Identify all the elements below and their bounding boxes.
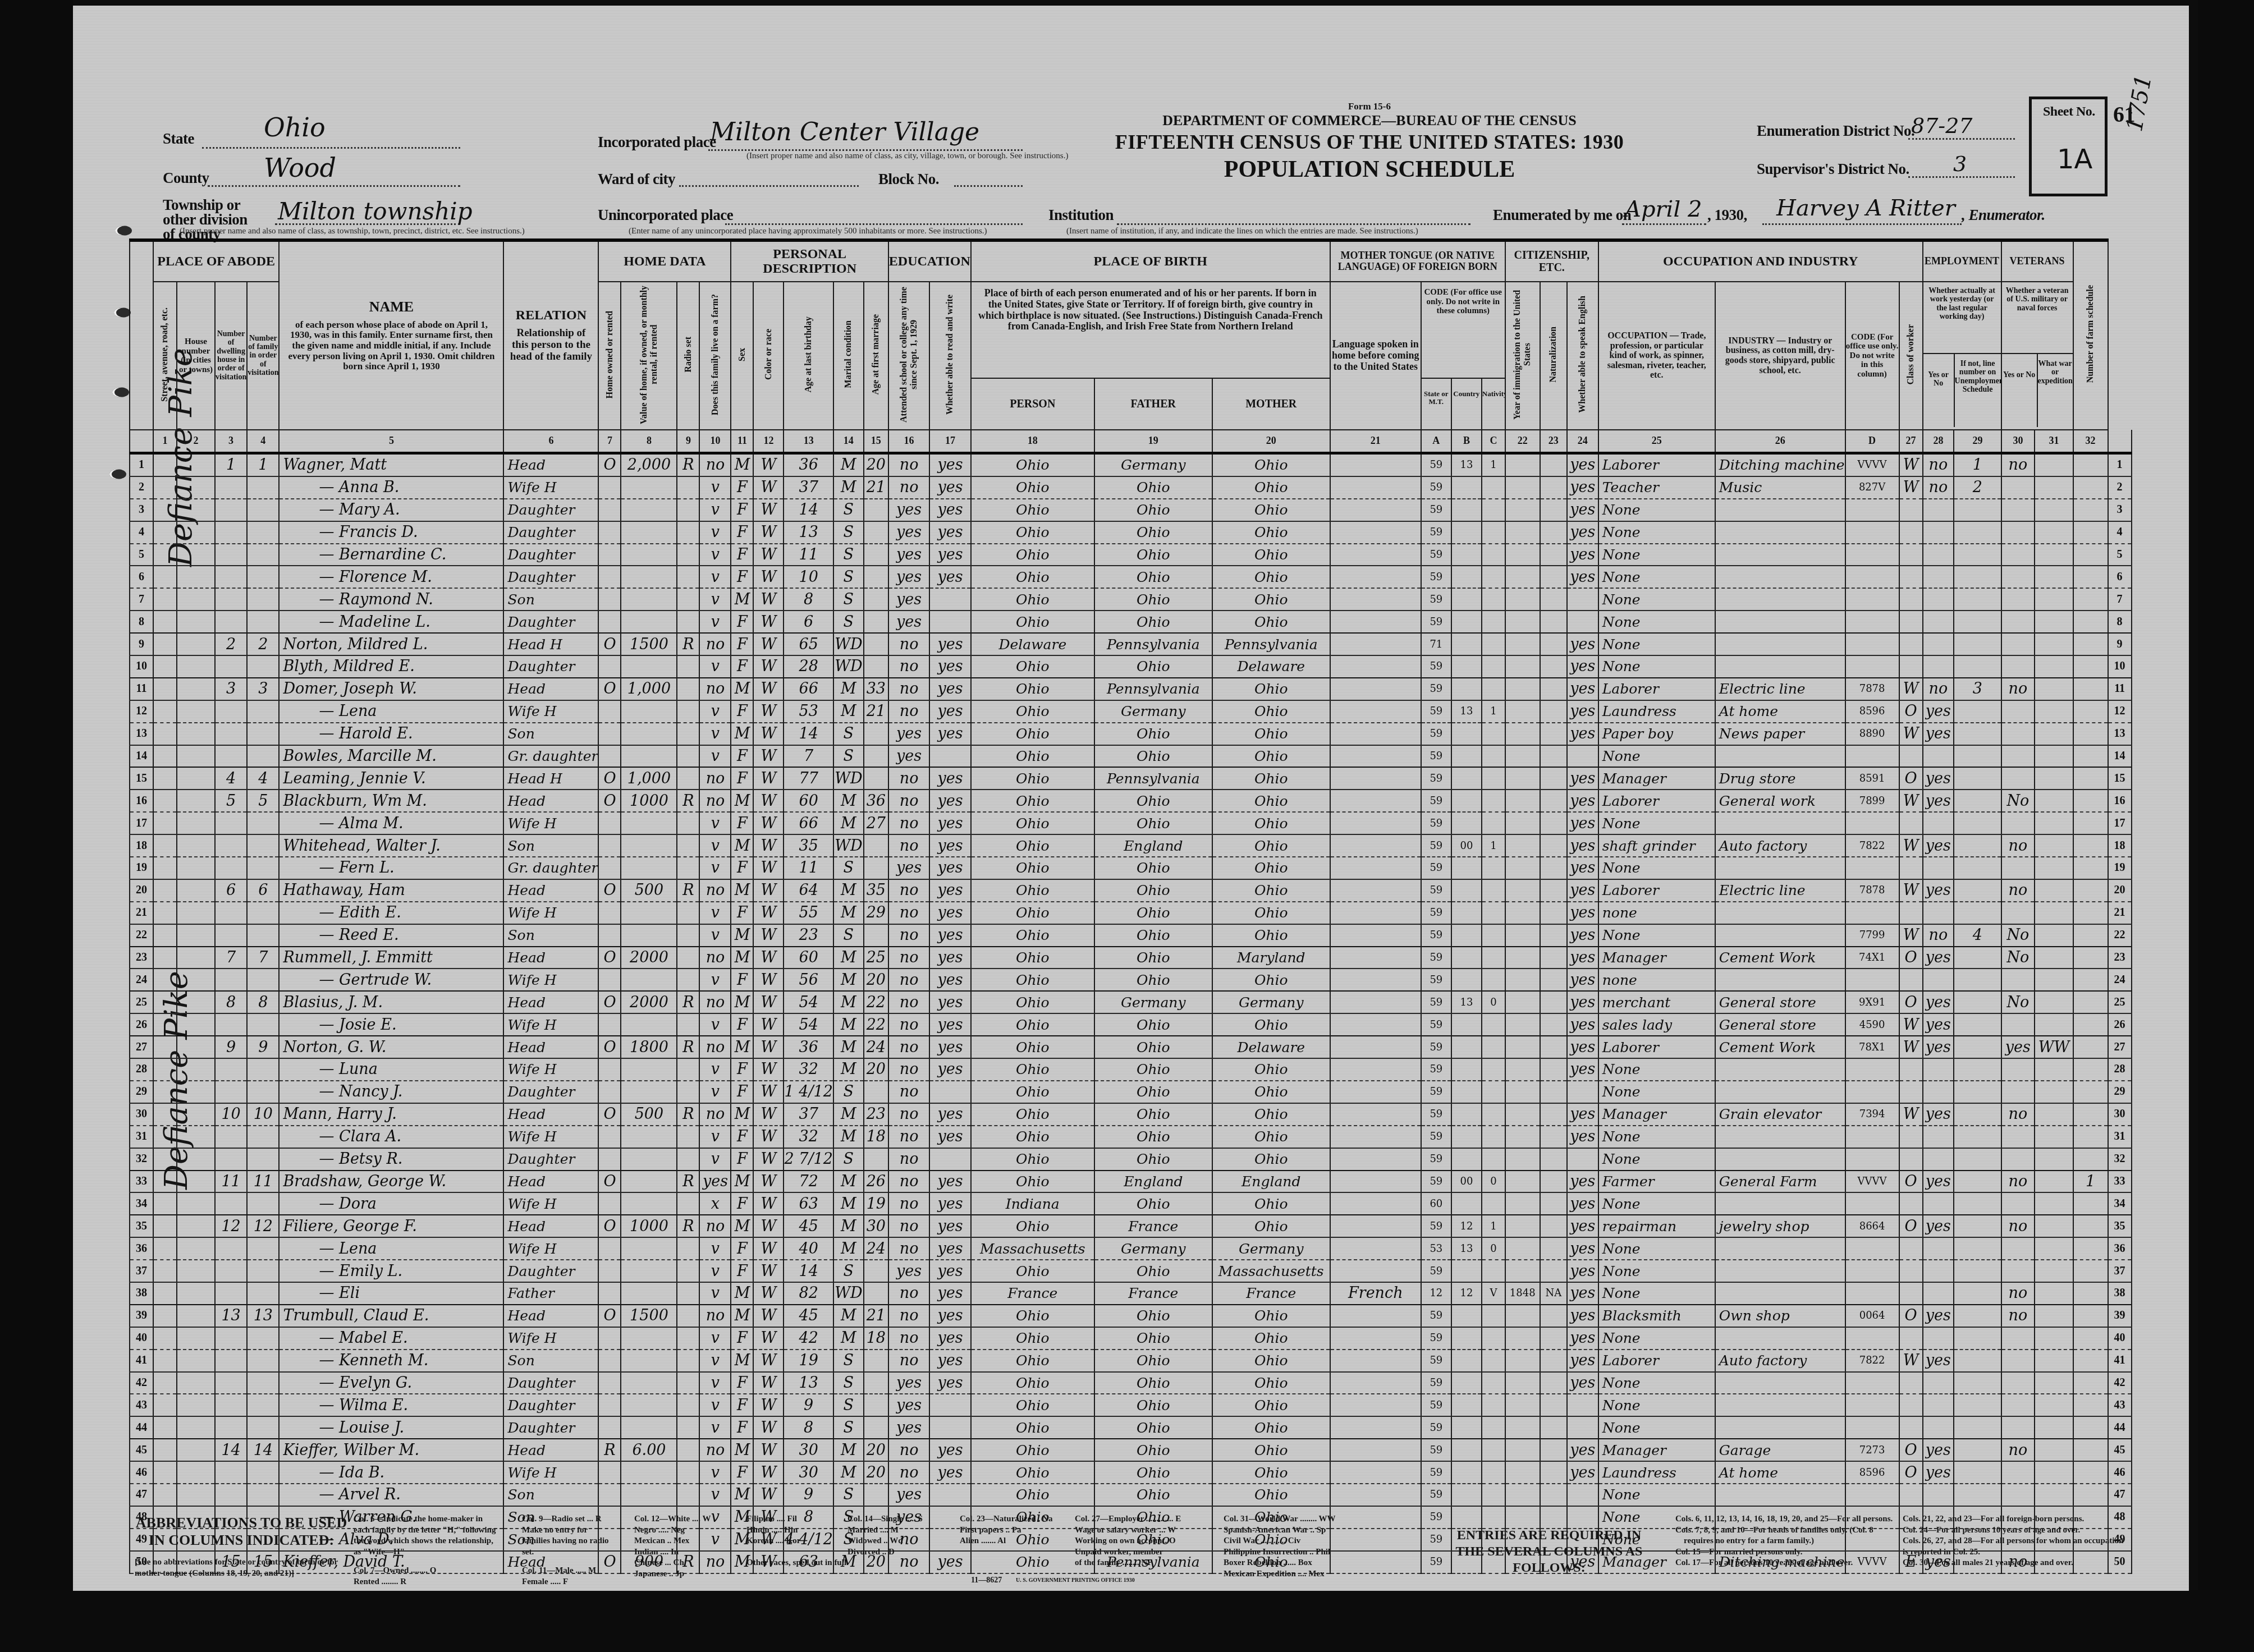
code-state-cell: 59 — [1421, 655, 1451, 678]
street-cell — [153, 969, 177, 991]
class-of-worker-cell — [1899, 588, 1923, 611]
street-cell — [153, 857, 177, 879]
home-value-cell — [621, 902, 677, 924]
home-value-cell — [621, 1013, 677, 1036]
industry-cell: General Farm — [1715, 1171, 1845, 1193]
naturalization-cell — [1540, 1416, 1567, 1439]
read-write-cell: yes — [929, 1551, 970, 1573]
age-first-marriage-cell: 23 — [864, 1103, 888, 1126]
relation-cell: Daughter — [503, 499, 598, 521]
occupation-code-cell — [1845, 1081, 1899, 1103]
person-name-cell: — Harold E. — [279, 723, 503, 745]
table-row: 36— LenaWife HvFW40M24noyesMassachusetts… — [130, 1237, 2132, 1260]
house-number-cell — [177, 544, 215, 566]
code-nativity-cell — [1482, 902, 1505, 924]
unemployment-line-cell — [1954, 700, 2001, 723]
column-number: 27 — [1899, 430, 1923, 453]
immigration-year-cell — [1505, 476, 1540, 499]
radio-cell — [677, 1126, 699, 1148]
farm-cell: no — [699, 1305, 731, 1327]
at-work-cell: yes — [1923, 1013, 1954, 1036]
veteran-cell: no — [2001, 453, 2035, 476]
sd-value[interactable]: 3 — [1953, 152, 1967, 176]
enumerated-date[interactable]: April 2 — [1625, 196, 1702, 222]
occupation-cell: None — [1598, 1416, 1715, 1439]
code-nativity-cell — [1482, 1506, 1505, 1529]
veteran-cell — [2001, 633, 2035, 655]
code-state-cell: 59 — [1421, 1506, 1451, 1529]
occupation-cell: Manager — [1598, 1103, 1715, 1126]
home-value-cell — [621, 1282, 677, 1305]
house-number-cell — [177, 1171, 215, 1193]
unemployment-line-cell — [1954, 521, 2001, 544]
street-cell — [153, 453, 177, 476]
war-cell — [2035, 790, 2073, 812]
age-cell: 11 — [784, 857, 833, 879]
marital-status-cell: M — [833, 812, 864, 834]
age-first-marriage-cell: 25 — [864, 947, 888, 969]
veteran-cell — [2001, 857, 2035, 879]
incorporated-value[interactable]: Milton Center Village — [710, 118, 979, 146]
home-tenure-cell — [598, 1148, 621, 1171]
father-birthplace-cell: England — [1094, 834, 1212, 857]
occupation-code-cell — [1845, 1484, 1899, 1506]
mother-tongue-cell — [1330, 588, 1421, 611]
sex-cell: F — [731, 1327, 753, 1350]
marital-status-cell: S — [833, 544, 864, 566]
at-work-cell — [1923, 1192, 1954, 1215]
dwelling-number-cell — [215, 1148, 247, 1171]
street-cell — [153, 924, 177, 947]
street-cell — [153, 1036, 177, 1058]
veteran-cell — [2001, 1013, 2035, 1036]
group-veterans: VETERANS — [2001, 240, 2073, 282]
line-number: 34 — [2108, 1192, 2132, 1215]
school-cell: no — [888, 947, 929, 969]
state-value[interactable]: Ohio — [264, 112, 326, 143]
read-write-cell: yes — [929, 678, 970, 700]
class-of-worker-cell — [1899, 1126, 1923, 1148]
home-tenure-cell — [598, 499, 621, 521]
street-cell — [153, 633, 177, 655]
home-value-cell — [621, 566, 677, 588]
line-number: 20 — [2108, 879, 2132, 902]
farm-cell: v — [699, 1148, 731, 1171]
farm-schedule-cell — [2073, 1215, 2108, 1237]
father-birthplace-cell: Ohio — [1094, 1036, 1212, 1058]
scan-border-left — [0, 0, 73, 1652]
unemployment-line-cell — [1954, 790, 2001, 812]
birthplace-cell: Ohio — [971, 723, 1094, 745]
line-number: 40 — [2108, 1327, 2132, 1350]
industry-cell — [1715, 566, 1845, 588]
family-number-cell — [247, 1484, 279, 1506]
age-cell: 82 — [784, 1282, 833, 1305]
line-number: 33 — [2108, 1171, 2132, 1193]
immigration-year-cell — [1505, 1192, 1540, 1215]
at-work-cell — [1923, 969, 1954, 991]
printer-note: U. S. GOVERNMENT PRINTING OFFICE 1930 — [1016, 1577, 1135, 1584]
dwelling-number-cell — [215, 700, 247, 723]
age-first-marriage-cell — [864, 1372, 888, 1394]
school-cell: no — [888, 1215, 929, 1237]
person-name-cell: — Clara A. — [279, 1126, 503, 1148]
home-value-cell: 6.00 — [621, 1439, 677, 1461]
birthplace-cell: Ohio — [971, 1327, 1094, 1350]
marital-status-cell: M — [833, 1103, 864, 1126]
code-country-cell — [1451, 655, 1482, 678]
column-number: 5 — [279, 430, 503, 453]
dwelling-number-cell — [215, 1372, 247, 1394]
code-state-cell: 59 — [1421, 902, 1451, 924]
school-cell: no — [888, 1439, 929, 1461]
class-of-worker-cell: O — [1899, 1305, 1923, 1327]
mother-tongue-cell — [1330, 1058, 1421, 1081]
code-nativity-cell — [1482, 588, 1505, 611]
sex-cell: M — [731, 1171, 753, 1193]
unemployment-line-cell — [1954, 1058, 2001, 1081]
speaks-english-cell: yes — [1567, 1192, 1598, 1215]
code-state-cell: 59 — [1421, 566, 1451, 588]
school-cell: no — [888, 700, 929, 723]
read-write-cell: yes — [929, 655, 970, 678]
code-state-cell: 59 — [1421, 1103, 1451, 1126]
table-row: 2588Blasius, J. M.HeadO2000RnoMW54M22noy… — [130, 991, 2132, 1013]
speaks-english-cell — [1567, 1394, 1598, 1416]
school-cell: no — [888, 1103, 929, 1126]
dwelling-number-cell — [215, 1461, 247, 1484]
immigration-year-cell — [1505, 678, 1540, 700]
mother-tongue-cell — [1330, 1237, 1421, 1260]
line-number: 47 — [2108, 1484, 2132, 1506]
occupation-code-cell: 78X1 — [1845, 1036, 1899, 1058]
occupation-cell: Laborer — [1598, 453, 1715, 476]
relation-cell: Son — [503, 834, 598, 857]
dwelling-number-cell — [215, 611, 247, 633]
sex-cell: F — [731, 476, 753, 499]
street-cell — [153, 723, 177, 745]
relation-cell: Wife H — [503, 902, 598, 924]
street-cell — [153, 544, 177, 566]
dwelling-number-cell — [215, 655, 247, 678]
abbrev-col11: Col. 11—Male ..... M Female ..... F — [522, 1566, 596, 1587]
immigration-year-cell — [1505, 969, 1540, 991]
radio-cell: R — [677, 790, 699, 812]
class-of-worker-cell — [1899, 969, 1923, 991]
family-number-cell — [247, 588, 279, 611]
family-number-cell — [247, 1237, 279, 1260]
age-cell: 1 4/12 — [784, 1081, 833, 1103]
line-number: 3 — [130, 499, 153, 521]
enumerated-year: , 1930, — [1707, 206, 1747, 224]
sex-cell: M — [731, 1215, 753, 1237]
class-of-worker-cell: O — [1899, 1215, 1923, 1237]
speaks-english-cell: yes — [1567, 1215, 1598, 1237]
occupation-code-cell: 7822 — [1845, 834, 1899, 857]
house-number-cell — [177, 521, 215, 544]
age-first-marriage-cell: 27 — [864, 812, 888, 834]
immigration-year-cell — [1505, 991, 1540, 1013]
home-tenure-cell — [598, 700, 621, 723]
line-number: 15 — [2108, 767, 2132, 790]
mother-birthplace-cell: Ohio — [1212, 1058, 1330, 1081]
birthplace-cell: Ohio — [971, 767, 1094, 790]
birthplace-cell: Ohio — [971, 1416, 1094, 1439]
home-value-cell — [621, 1192, 677, 1215]
person-name-cell: — Madeline L. — [279, 611, 503, 633]
sex-cell: M — [731, 1484, 753, 1506]
street-cell — [153, 790, 177, 812]
occupation-code-cell: 74X1 — [1845, 947, 1899, 969]
age-cell: 30 — [784, 1439, 833, 1461]
at-work-cell — [1923, 1416, 1954, 1439]
industry-cell — [1715, 1058, 1845, 1081]
veteran-cell: no — [2001, 1215, 2035, 1237]
unemployment-line-cell — [1954, 499, 2001, 521]
at-work-cell — [1923, 1484, 1954, 1506]
war-cell — [2035, 1013, 2073, 1036]
table-row: 18Whitehead, Walter J.SonvMW35WDnoyesOhi… — [130, 834, 2132, 857]
column-number: 21 — [1330, 430, 1421, 453]
code-state-cell: 59 — [1421, 969, 1451, 991]
line-number: 36 — [130, 1237, 153, 1260]
mother-birthplace-cell: Ohio — [1212, 521, 1330, 544]
farm-schedule-cell — [2073, 857, 2108, 879]
home-value-cell: 1800 — [621, 1036, 677, 1058]
occupation-code-cell — [1845, 1372, 1899, 1394]
war-cell — [2035, 521, 2073, 544]
birthplace-cell: Ohio — [971, 1171, 1094, 1193]
war-cell — [2035, 834, 2073, 857]
code-nativity-cell: 0 — [1482, 991, 1505, 1013]
unemployment-line-cell — [1954, 857, 2001, 879]
veteran-cell — [2001, 812, 2035, 834]
column-number: 20 — [1212, 430, 1330, 453]
father-birthplace-cell: Ohio — [1094, 499, 1212, 521]
occupation-cell: Laborer — [1598, 879, 1715, 902]
sex-cell: F — [731, 902, 753, 924]
street-cell — [153, 588, 177, 611]
column-number: 4 — [247, 430, 279, 453]
mother-tongue-cell — [1330, 1416, 1421, 1439]
unemployment-line-cell — [1954, 1282, 2001, 1305]
line-number: 38 — [2108, 1282, 2132, 1305]
table-row: 28— LunaWife HvFW32M20noyesOhioOhioOhio5… — [130, 1058, 2132, 1081]
father-birthplace-cell: Ohio — [1094, 1484, 1212, 1506]
school-cell: no — [888, 767, 929, 790]
read-write-cell: yes — [929, 1126, 970, 1148]
abbreviations-title: ABBREVIATIONS TO BE USED IN COLUMNS INDI… — [135, 1514, 348, 1549]
immigration-year-cell — [1505, 745, 1540, 768]
home-owned-header: Home owned or rented — [598, 282, 621, 430]
industry-header: INDUSTRY — Industry or business, as cott… — [1715, 282, 1845, 430]
war-cell — [2035, 1103, 2073, 1126]
unemployment-line-cell — [1954, 633, 2001, 655]
home-value-cell — [621, 1372, 677, 1394]
code-country-cell — [1451, 1260, 1482, 1282]
unemployment-line-cell — [1954, 1013, 2001, 1036]
war-cell — [2035, 857, 2073, 879]
column-number: 24 — [1567, 430, 1598, 453]
home-tenure-cell — [598, 655, 621, 678]
birthplace-cell: Ohio — [971, 611, 1094, 633]
code-nativity-cell — [1482, 1081, 1505, 1103]
home-tenure-cell: R — [598, 1439, 621, 1461]
speaks-english-cell: yes — [1567, 1327, 1598, 1350]
radio-cell — [677, 1372, 699, 1394]
street-cell — [153, 1148, 177, 1171]
farm-cell: no — [699, 678, 731, 700]
code-country-cell — [1451, 1013, 1482, 1036]
class-of-worker-cell: W — [1899, 1013, 1923, 1036]
home-tenure-cell — [598, 1416, 621, 1439]
naturalization-cell — [1540, 1350, 1567, 1372]
township-value[interactable]: Milton township — [278, 198, 473, 225]
mother-birthplace-cell: Ohio — [1212, 700, 1330, 723]
industry-cell — [1715, 544, 1845, 566]
line-number: 16 — [130, 790, 153, 812]
mother-birthplace-cell: Ohio — [1212, 924, 1330, 947]
race-cell: W — [753, 1461, 784, 1484]
code-country-cell: 13 — [1451, 453, 1482, 476]
ward-label: Ward of city — [598, 171, 675, 188]
dwelling-number-cell: 8 — [215, 991, 247, 1013]
column-number: 6 — [503, 430, 598, 453]
column-number: 2 — [177, 430, 215, 453]
code-nativity-cell — [1482, 790, 1505, 812]
occupation-code-cell: 9X91 — [1845, 991, 1899, 1013]
age-first-marriage-cell — [864, 857, 888, 879]
relation-cell: Head — [503, 678, 598, 700]
family-number-cell — [247, 1350, 279, 1372]
naturalization-cell — [1540, 879, 1567, 902]
birthplace-cell: Ohio — [971, 1461, 1094, 1484]
race-cell: W — [753, 969, 784, 991]
dwelling-number-cell — [215, 1237, 247, 1260]
person-name-cell: — Florence M. — [279, 566, 503, 588]
occupation-cell: Blacksmith — [1598, 1305, 1715, 1327]
code-state-cell: 59 — [1421, 1058, 1451, 1081]
industry-cell: At home — [1715, 1461, 1845, 1484]
relation-cell: Wife H — [503, 1192, 598, 1215]
dwelling-number-cell — [215, 745, 247, 768]
school-cell: no — [888, 879, 929, 902]
industry-cell — [1715, 1260, 1845, 1282]
form-number: Form 15-6 — [1285, 101, 1454, 112]
at-work-cell — [1923, 1394, 1954, 1416]
school-cell: no — [888, 991, 929, 1013]
line-number: 30 — [2108, 1103, 2132, 1126]
immigration-year-cell — [1505, 633, 1540, 655]
ed-value[interactable]: 87-27 — [1911, 113, 1973, 138]
unemployment-line-cell: 4 — [1954, 924, 2001, 947]
unemployment-line-cell — [1954, 588, 2001, 611]
speaks-english-cell: yes — [1567, 1350, 1598, 1372]
line-number: 37 — [2108, 1260, 2132, 1282]
speaks-english-cell: yes — [1567, 521, 1598, 544]
enumerator-name[interactable]: Harvey A Ritter — [1776, 195, 1955, 221]
family-number-cell — [247, 1282, 279, 1305]
county-value[interactable]: Wood — [264, 153, 336, 183]
read-write-cell: yes — [929, 1171, 970, 1193]
school-cell: no — [888, 834, 929, 857]
age-cell: 9 — [784, 1394, 833, 1416]
line-number: 11 — [130, 678, 153, 700]
house-number-cell — [177, 453, 215, 476]
code-state-cell: 59 — [1421, 1260, 1451, 1282]
speaks-english-cell: yes — [1567, 1237, 1598, 1260]
age-cell: 63 — [784, 1192, 833, 1215]
speaks-english-cell — [1567, 611, 1598, 633]
father-birthplace-cell: Germany — [1094, 1237, 1212, 1260]
farm-schedule-cell — [2073, 969, 2108, 991]
census-title: FIFTEENTH CENSUS OF THE UNITED STATES: 1… — [1078, 130, 1661, 154]
school-cell: no — [888, 1461, 929, 1484]
column-number: 12 — [753, 430, 784, 453]
home-tenure-cell — [598, 902, 621, 924]
sheet-value[interactable]: 1A — [2057, 144, 2092, 175]
home-value-cell — [621, 1126, 677, 1148]
relation-cell: Head — [503, 453, 598, 476]
farm-schedule-cell — [2073, 947, 2108, 969]
farm-schedule-cell — [2073, 834, 2108, 857]
code-country-cell — [1451, 633, 1482, 655]
occupation-cell: None — [1598, 1327, 1715, 1350]
marital-status-cell: M — [833, 678, 864, 700]
home-value-cell — [621, 969, 677, 991]
class-of-worker-cell: W — [1899, 790, 1923, 812]
sex-cell: M — [731, 1439, 753, 1461]
farm-schedule-cell — [2073, 588, 2108, 611]
veteran-cell: yes — [2001, 1036, 2035, 1058]
class-of-worker-cell — [1899, 1260, 1923, 1282]
class-of-worker-cell — [1899, 1372, 1923, 1394]
code-nativity-cell — [1482, 1103, 1505, 1126]
house-number-cell — [177, 588, 215, 611]
class-of-worker-cell: W — [1899, 834, 1923, 857]
occupation-cell: None — [1598, 812, 1715, 834]
marital-status-cell: S — [833, 499, 864, 521]
birthplace-cell: Ohio — [971, 1484, 1094, 1506]
table-row: 10Blyth, Mildred E.DaughtervFW28WDnoyesO… — [130, 655, 2132, 678]
farm-schedule-cell — [2073, 521, 2108, 544]
street-cell — [153, 1372, 177, 1394]
naturalization-cell — [1540, 1461, 1567, 1484]
birthplace-cell: Ohio — [971, 745, 1094, 768]
birthplace-cell: Ohio — [971, 1081, 1094, 1103]
at-work-cell — [1923, 1372, 1954, 1394]
house-number-cell — [177, 969, 215, 991]
age-cell: 54 — [784, 1013, 833, 1036]
line-number: 31 — [130, 1126, 153, 1148]
binder-hole — [112, 387, 129, 397]
birthplace-cell: Ohio — [971, 566, 1094, 588]
line-number: 5 — [2108, 544, 2132, 566]
age-cell: 42 — [784, 1327, 833, 1350]
family-number-cell — [247, 1327, 279, 1350]
industry-cell — [1715, 1484, 1845, 1506]
birthplace-cell: Ohio — [971, 1394, 1094, 1416]
birthplace-cell: Ohio — [971, 1126, 1094, 1148]
father-birthplace-cell: Ohio — [1094, 812, 1212, 834]
war-cell — [2035, 969, 2073, 991]
mother-tongue-cell — [1330, 453, 1421, 476]
column-number: 22 — [1505, 430, 1540, 453]
farm-cell: v — [699, 1484, 731, 1506]
occupation-code-cell: VVVV — [1845, 453, 1899, 476]
mother-tongue-cell — [1330, 745, 1421, 768]
unemployment-line-cell — [1954, 1372, 2001, 1394]
